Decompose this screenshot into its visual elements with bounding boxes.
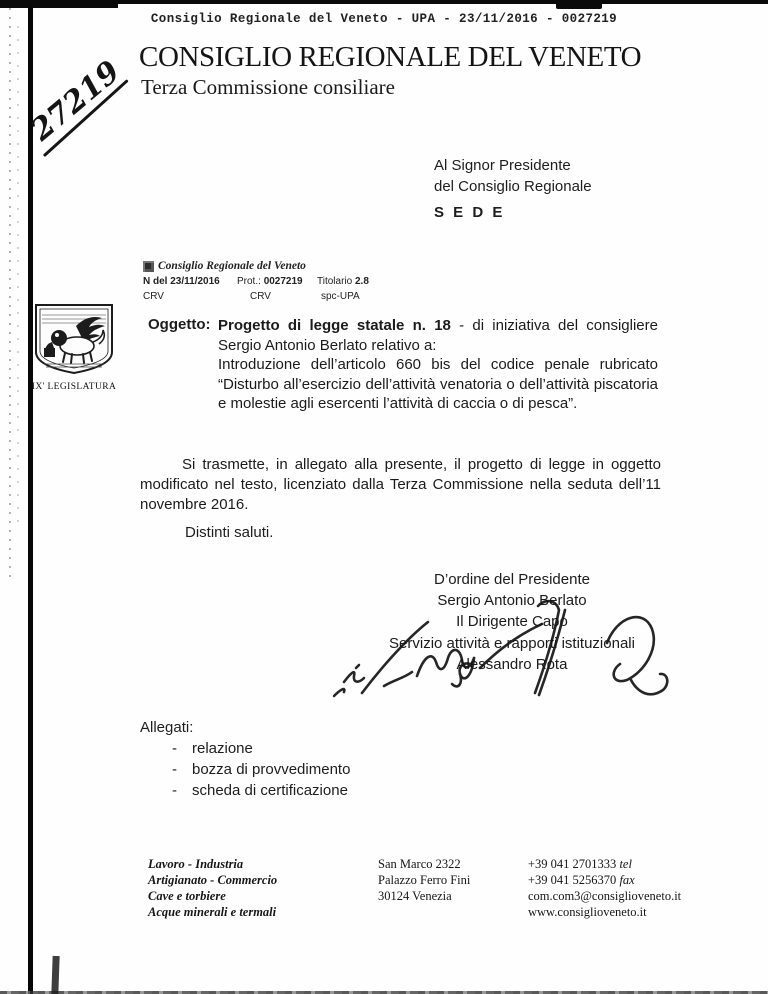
organization-title: CONSIGLIO REGIONALE DEL VENETO bbox=[139, 41, 641, 74]
stamp-n-del: N del 23/11/2016 bbox=[143, 276, 220, 287]
commission-subtitle: Terza Commissione consiliare bbox=[141, 75, 395, 100]
footer-address: San Marco 2322 Palazzo Ferro Fini 30124 … bbox=[378, 856, 470, 904]
footer-competence: Cave e torbiere bbox=[148, 888, 277, 904]
attachment-name: scheda di certificazione bbox=[192, 782, 348, 803]
closing-salutation: Distinti saluti. bbox=[185, 524, 273, 541]
footer-phone: +39 041 2701333 tel bbox=[528, 856, 681, 872]
scan-bottom-blob bbox=[51, 956, 59, 994]
recipient-line-2: del Consiglio Regionale bbox=[434, 176, 592, 197]
footer-contacts: +39 041 2701333 tel +39 041 5256370 fax … bbox=[528, 856, 681, 920]
footer-competences: Lavoro - Industria Artigianato - Commerc… bbox=[148, 856, 277, 920]
footer-competence: Artigianato - Commercio bbox=[148, 872, 277, 888]
subject-title-paragraph: Progetto di legge statale n. 18 - di ini… bbox=[218, 316, 658, 355]
stamp-org-name: Consiglio Regionale del Veneto bbox=[158, 260, 306, 272]
dash-bullet: - bbox=[172, 740, 192, 761]
protocol-stamp: Consiglio Regionale del Veneto N del 23/… bbox=[140, 260, 420, 304]
scanned-letter-page: Consiglio Regionale del Veneto - UPA - 2… bbox=[0, 0, 768, 994]
scan-top-left-bar bbox=[0, 0, 118, 8]
list-item: -relazione bbox=[172, 740, 350, 761]
footer-address-line: 30124 Venezia bbox=[378, 888, 470, 904]
handwritten-signature bbox=[332, 596, 682, 714]
subject-section: Oggetto: Progetto di legge statale n. 18… bbox=[148, 316, 660, 414]
footer-address-line: Palazzo Ferro Fini bbox=[378, 872, 470, 888]
sede-label: S E D E bbox=[434, 204, 505, 221]
list-item: -bozza di provvedimento bbox=[172, 761, 350, 782]
subject-title-bold: Progetto di legge statale n. 18 bbox=[218, 317, 451, 334]
stamp-spc-upa: spc-UPA bbox=[321, 291, 360, 302]
footer-fax: +39 041 5256370 fax bbox=[528, 872, 681, 888]
stamp-prot: Prot.: 0027219 bbox=[237, 276, 303, 287]
stamp-crv-2: CRV bbox=[250, 291, 271, 302]
handwritten-number-text: 27219 bbox=[24, 54, 127, 149]
footer-competence: Lavoro - Industria bbox=[148, 856, 277, 872]
scan-top-blob bbox=[556, 0, 602, 9]
signature-on-behalf: D’ordine del Presidente bbox=[328, 569, 696, 590]
list-item: -scheda di certificazione bbox=[172, 782, 350, 803]
attachment-name: relazione bbox=[192, 740, 253, 761]
recipient-line-1: Al Signor Presidente bbox=[434, 155, 592, 176]
stamp-org-row: Consiglio Regionale del Veneto bbox=[143, 260, 306, 272]
subject-text: Progetto di legge statale n. 18 - di ini… bbox=[218, 316, 658, 414]
footer-email: com.com3@consiglioveneto.it bbox=[528, 888, 681, 904]
stamp-crv-1: CRV bbox=[143, 291, 164, 302]
dash-bullet: - bbox=[172, 761, 192, 782]
scan-left-perforation-dots bbox=[9, 8, 11, 578]
attachments-list: -relazione -bozza di provvedimento -sche… bbox=[172, 740, 350, 803]
recipient-block: Al Signor Presidente del Consiglio Regio… bbox=[434, 155, 592, 197]
dash-bullet: - bbox=[172, 782, 192, 803]
winged-lion-icon bbox=[32, 302, 116, 376]
attachment-name: bozza di provvedimento bbox=[192, 761, 350, 782]
subject-label: Oggetto: bbox=[148, 316, 210, 333]
footer-website: www.consiglioveneto.it bbox=[528, 904, 681, 920]
footer-address-line: San Marco 2322 bbox=[378, 856, 470, 872]
attachments-label: Allegati: bbox=[140, 719, 193, 736]
legislature-label: IX' LEGISLATURA bbox=[30, 382, 118, 392]
handwritten-protocol-number: 27219 bbox=[14, 50, 144, 165]
subject-description: Introduzione dell’articolo 660 bis del c… bbox=[218, 355, 658, 414]
footer-competence: Acque minerali e termali bbox=[148, 904, 277, 920]
regional-emblem: IX' LEGISLATURA bbox=[30, 302, 118, 392]
body-paragraph: Si trasmette, in allegato alla presente,… bbox=[140, 455, 661, 515]
stamp-lion-logo-icon bbox=[143, 261, 154, 272]
stamp-titolario: Titolario 2.8 bbox=[317, 276, 369, 287]
protocol-header-line: Consiglio Regionale del Veneto - UPA - 2… bbox=[0, 12, 768, 26]
